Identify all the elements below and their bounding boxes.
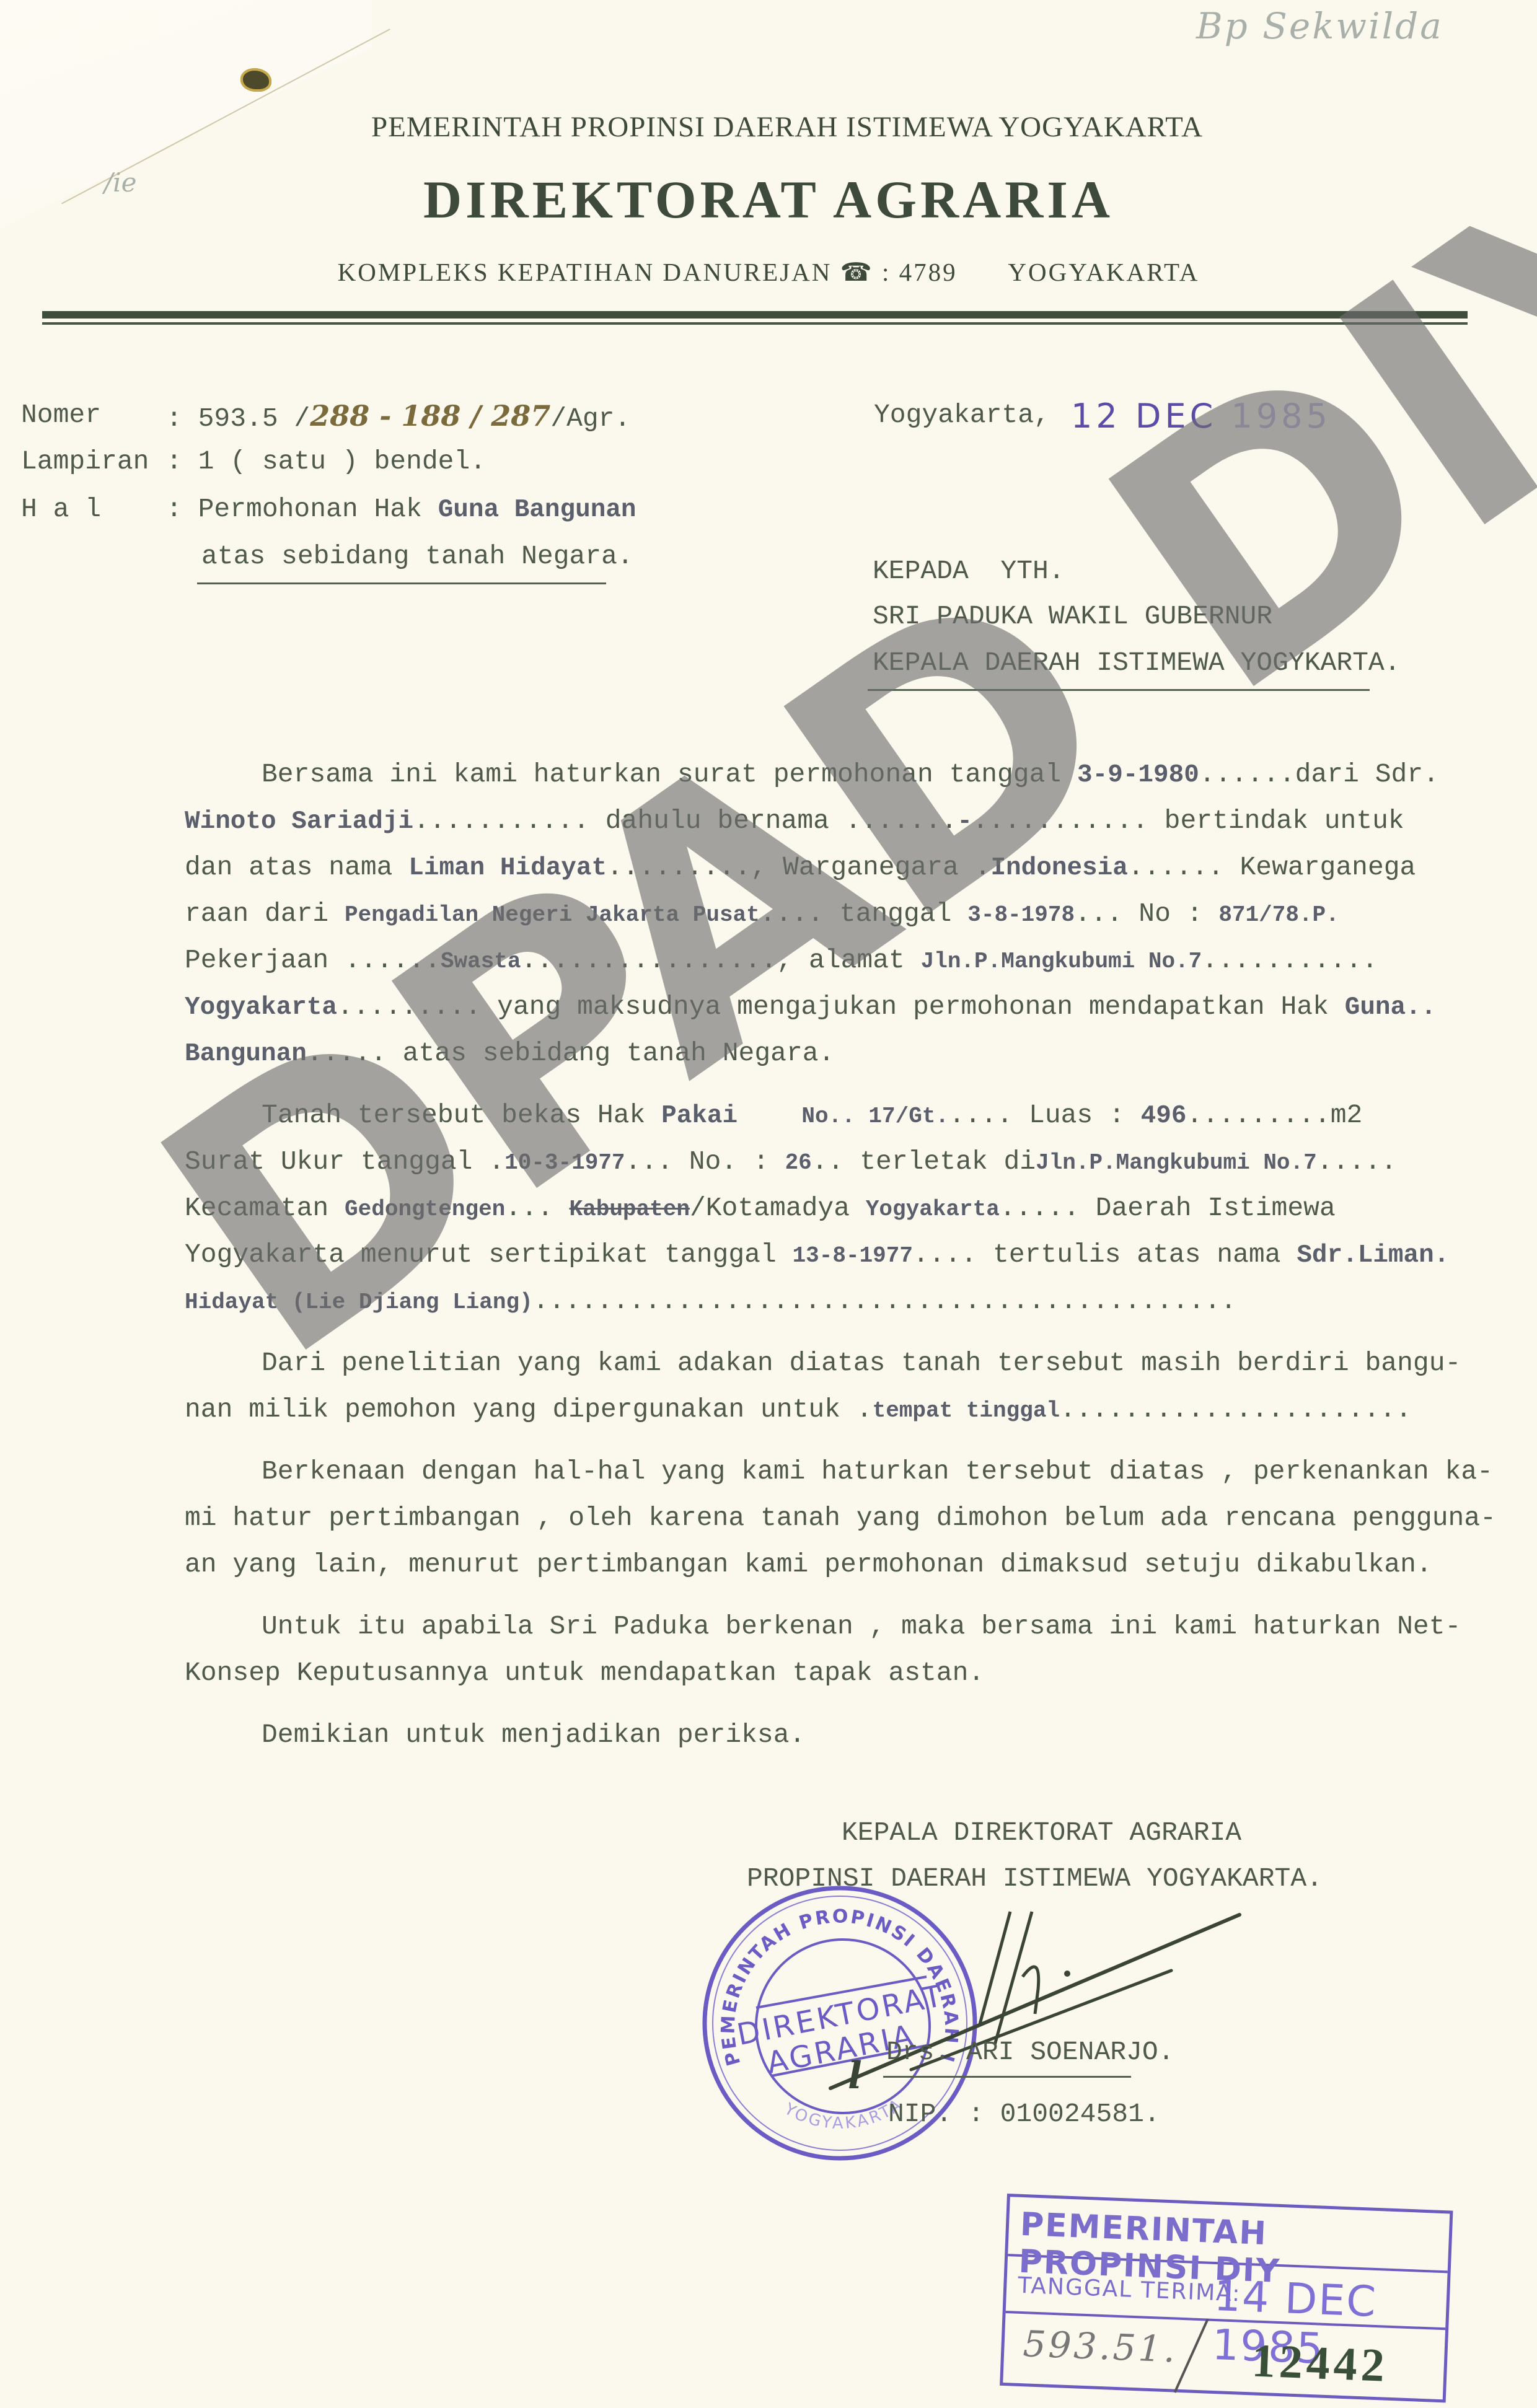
recipient-line2: SRI PADUKA WAKIL GUBERNUR: [873, 603, 1272, 630]
p4-line2: mi hatur pertimbangan , oleh karena tana…: [185, 1505, 1496, 1531]
p4-line3: an yang lain, menurut pertimbangan kami …: [185, 1551, 1432, 1578]
p2-line1: Tanah tersebut bekas Hak Pakai No.. 17/G…: [262, 1102, 1362, 1129]
hal-typed: : Permohonan Hak: [166, 494, 422, 524]
hal-underline: [197, 582, 606, 584]
p4-line1: Berkenaan dengan hal-hal yang kami hatur…: [262, 1458, 1493, 1485]
recipient-underline: [868, 689, 1370, 691]
initial-mark: l: [848, 2057, 862, 2094]
p1-line5: Pekerjaan ......Swasta................, …: [185, 947, 1378, 973]
lampiran-value: : 1 ( satu ) bendel.: [166, 448, 486, 475]
hal-value-line2: atas sebidang tanah Negara.: [201, 543, 633, 569]
p6-line1: Demikian untuk menjadikan periksa.: [262, 1721, 805, 1748]
receipt-date-label: TANGGAL TERIMA:: [1018, 2273, 1242, 2307]
letterhead-address: KOMPLEKS KEPATIHAN DANUREJAN ☎ : 4789 YO…: [0, 257, 1537, 287]
p1-line4: raan dari Pengadilan Negeri Jakarta Pusa…: [185, 900, 1339, 927]
margin-note-top-right: Bp Sekwilda: [1196, 5, 1443, 47]
stain-mark: [240, 68, 271, 92]
p1-line3: dan atas nama Liman Hidayat........., Wa…: [185, 854, 1416, 881]
receipt-reg-number: 12442: [1251, 2334, 1389, 2393]
p1-line6: Yogyakarta......... yang maksudnya menga…: [185, 993, 1436, 1021]
letterhead-rule-thin: [42, 322, 1468, 325]
letterhead-agency: DIREKTORAT AGRARIA: [0, 169, 1537, 231]
date-stamp: 12 DEC 1985: [1071, 400, 1331, 433]
nomer-suffix: /Agr.: [550, 403, 630, 434]
hal-filled: Guna Bangunan: [438, 496, 636, 524]
address-text: KOMPLEKS KEPATIHAN DANUREJAN: [338, 258, 832, 286]
date-stamp-year: 1985: [1231, 397, 1331, 436]
p3-line1: Dari penelitian yang kami adakan diatas …: [262, 1350, 1461, 1376]
p1-line1: Bersama ini kami haturkan surat permohon…: [262, 761, 1439, 788]
signatory-nip: NIP. : 010024581.: [888, 2101, 1160, 2127]
signatory-title1: KEPALA DIREKTORAT AGRARIA: [842, 1819, 1241, 1846]
receipt-class-code: 593.51.: [1022, 2322, 1178, 2371]
signature-mark: [824, 1890, 1271, 2107]
date-place: Yogyakarta,: [874, 402, 1050, 428]
p2-line5: Hidayat (Lie Djiang Liang)..............…: [185, 1288, 1236, 1314]
address-city: YOGYAKARTA: [1008, 258, 1199, 286]
signatory-name-underline: [883, 2076, 1131, 2078]
telephone-icon: ☎: [840, 258, 874, 286]
nomer-handwritten: 288 - 188 / 287: [310, 399, 550, 433]
receipt-stamp: PEMERINTAH PROPINSI DIY TANGGAL TERIMA: …: [1000, 2194, 1453, 2402]
p1-line7: Bangunan..... atas sebidang tanah Negara…: [185, 1040, 834, 1067]
date-stamp-daymonth: 12 DEC: [1071, 397, 1217, 436]
recipient-line1: KEPADA YTH.: [873, 558, 1065, 584]
p2-line4: Yogyakarta menurut sertipikat tanggal 13…: [185, 1241, 1449, 1268]
p1-line2: Winoto Sariadji........... dahulu bernam…: [185, 807, 1404, 835]
nomer-label: Nomer: [21, 402, 101, 428]
p2-line3: Kecamatan Gedongtengen... Kabupaten/Kota…: [185, 1195, 1336, 1221]
phone-number: : 4789: [882, 258, 958, 286]
letterhead-government: PEMERINTAH PROPINSI DAERAH ISTIMEWA YOGY…: [0, 110, 1537, 144]
p5-line1: Untuk itu apabila Sri Paduka berkenan , …: [262, 1613, 1461, 1640]
p3-line2: nan milik pemohon yang dipergunakan untu…: [185, 1396, 1412, 1423]
letterhead-rule-thick: [42, 311, 1468, 319]
hal-value: : Permohonan Hak Guna Bangunan: [166, 496, 636, 523]
nomer-prefix: : 593.5 /: [166, 403, 310, 434]
signatory-name: Drs. ARI SOENARJO.: [886, 2039, 1174, 2065]
p2-line2: Surat Ukur tanggal .10-3-1977... No. : 2…: [185, 1148, 1397, 1175]
p5-line2: Konsep Keputusannya untuk mendapatkan ta…: [185, 1659, 984, 1686]
lampiran-label: Lampiran: [21, 448, 149, 475]
recipient-line3: KEPALA DAERAH ISTIMEWA YOGYKARTA.: [873, 649, 1401, 676]
hal-label: H a l: [21, 496, 101, 522]
nomer-value: : 593.5 /288 - 188 / 287/Agr.: [166, 402, 630, 432]
